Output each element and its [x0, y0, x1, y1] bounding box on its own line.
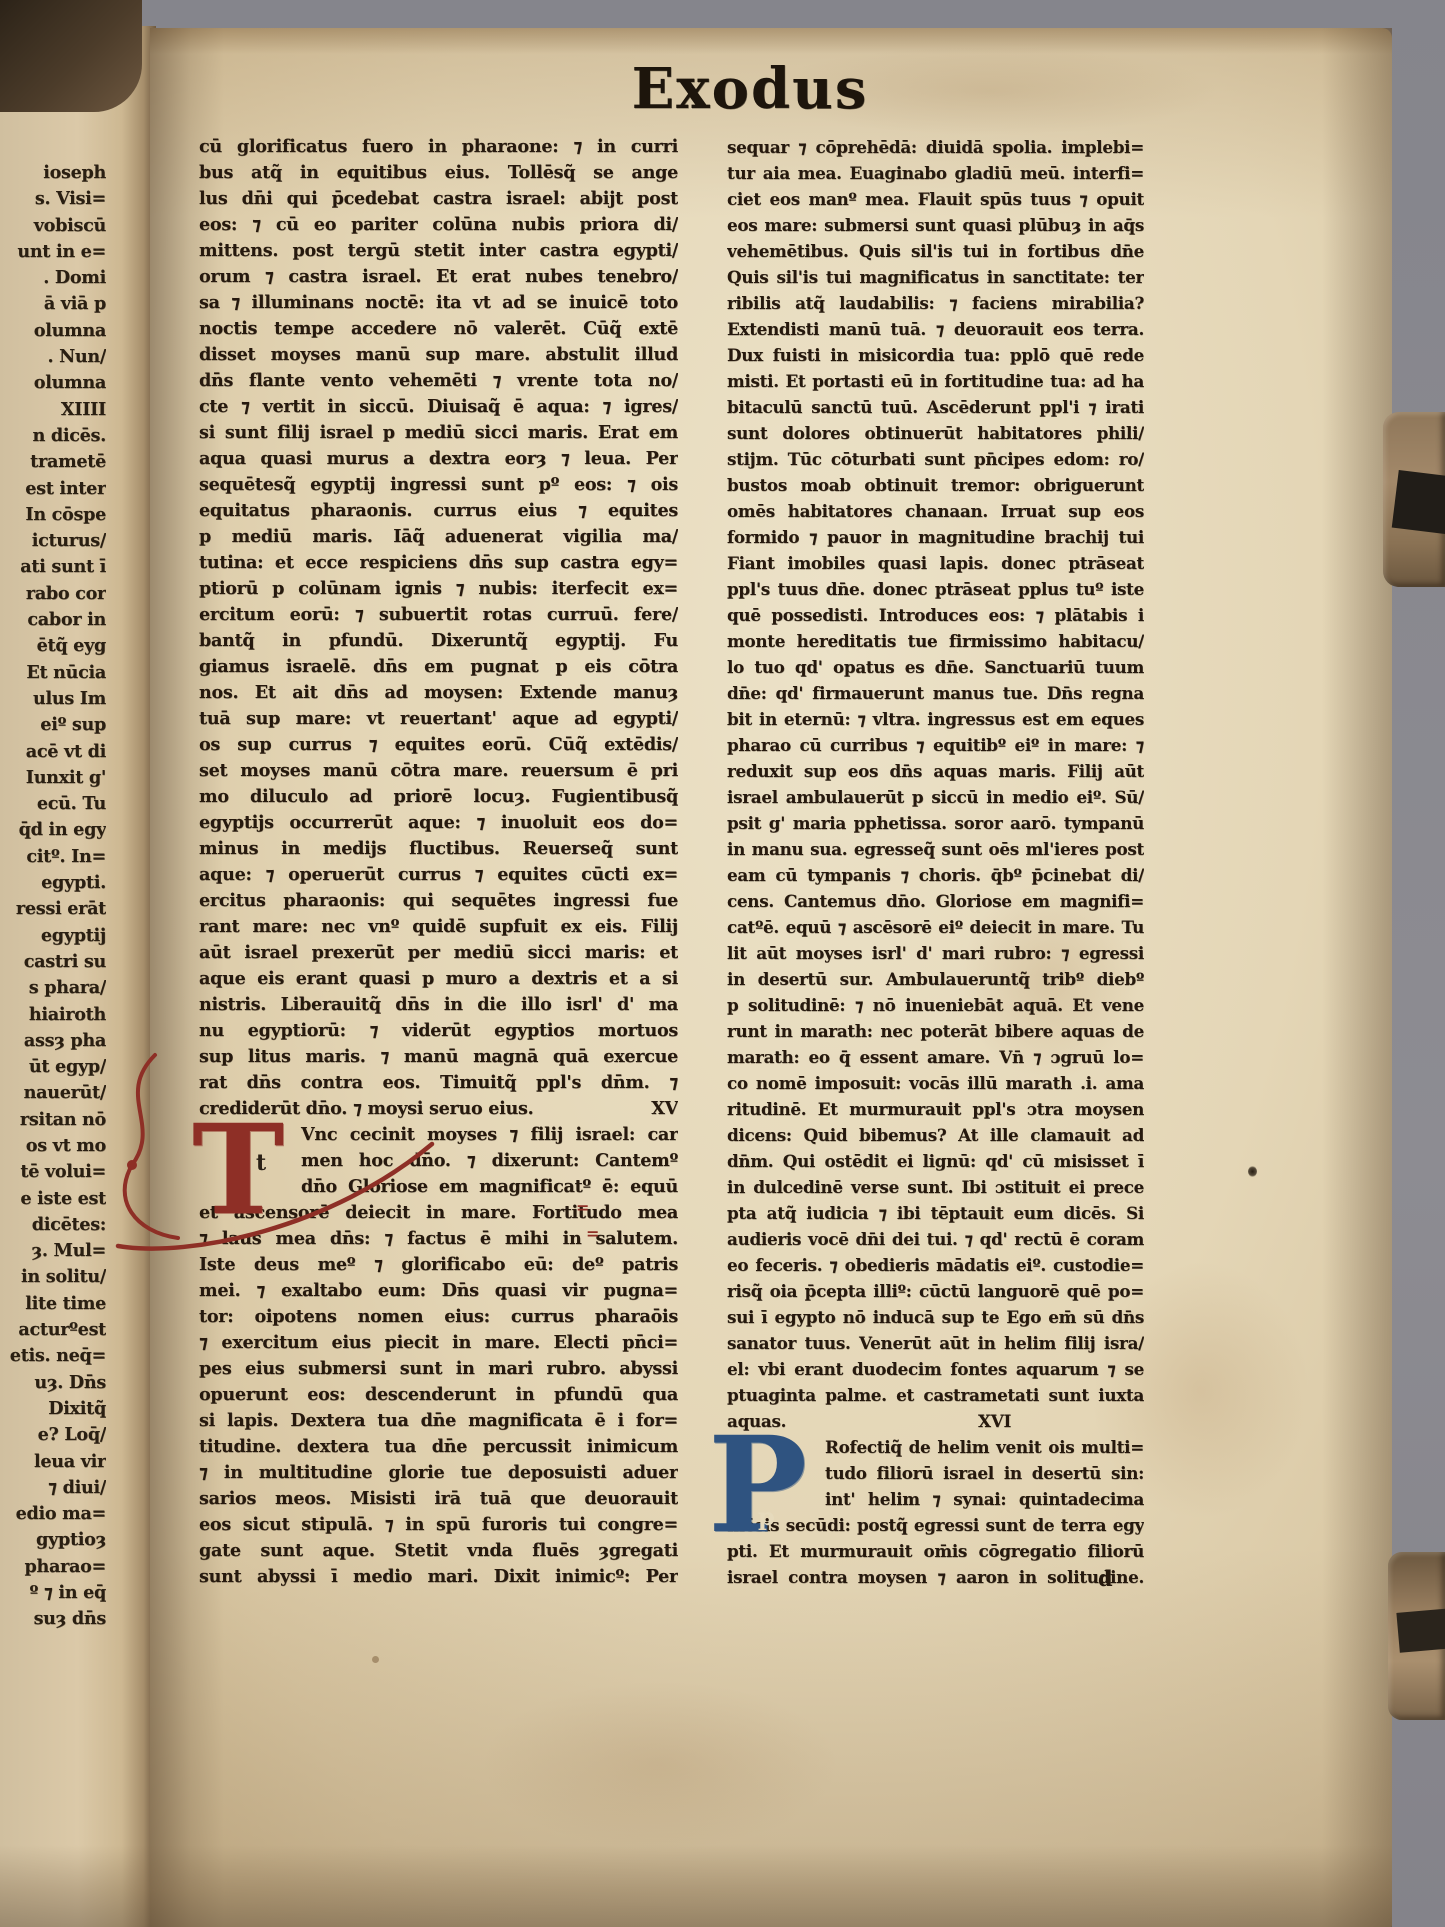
text-line: sanator tuus. Venerūt aūt in helim filij…	[727, 1330, 1144, 1356]
text-line: formido ⁊ pauor in magnitudine brachij t…	[727, 524, 1144, 550]
text-line: nistris. Liberauitq̃ dn̄s in die illo is…	[199, 992, 678, 1018]
text-line: risq̃ oia p̄cepta illiº: cūctū languorē …	[727, 1278, 1144, 1304]
margin-fragment: ⁊ diui/	[0, 1475, 106, 1501]
margin-fragment: os vt mo	[0, 1133, 106, 1159]
text-line: rant mare: nec vnº quidē supfuit ex eis.…	[199, 914, 678, 940]
text-line: in desertū sur. Ambulaueruntq̃ tribº die…	[727, 966, 1144, 992]
margin-fragment: suȝ dn̄s	[0, 1606, 106, 1632]
text-line: Dux fuisti in misicordia tua: pplō quē r…	[727, 342, 1144, 368]
clasp-bottom	[1388, 1552, 1445, 1720]
chapter-numeral: XV	[651, 1096, 678, 1122]
text-line: in manu sua. egresseq̃ sunt oēs ml'ieres…	[727, 836, 1144, 862]
text-line: quē possedisti. Introduces eos: ⁊ plātab…	[727, 602, 1144, 628]
margin-fragment: eiº sup	[0, 712, 106, 738]
clasp-strap	[1392, 470, 1445, 536]
margin-fragment: º ⁊ in eq̄	[0, 1580, 106, 1606]
text-line: nos. Et ait dn̄s ad moysen: Extende manu…	[199, 680, 678, 706]
text-line: pta atq̃ iudicia ⁊ ibi tēptauit eum dicē…	[727, 1200, 1144, 1226]
margin-fragment: hiairoth	[0, 1002, 106, 1028]
book-photo: iosephs. Visi=vobiscūunt in e=. Domiā vi…	[0, 0, 1445, 1927]
margin-fragment: e iste est	[0, 1186, 106, 1212]
margin-fragment: castri su	[0, 949, 106, 975]
text-line: bantq̃ in pfundū. Dixeruntq̃ egyptij. Fu	[199, 628, 678, 654]
text-line: ⁊ exercitum eius piecit in mare. Electi …	[199, 1330, 678, 1356]
text-line: eos sicut stipulā. ⁊ in spū furoris tui …	[199, 1512, 678, 1538]
text-line: Quis sil'is tui magnificatus in sanctita…	[727, 264, 1144, 290]
rubric-line-filler: =	[586, 1224, 599, 1243]
text-line: sa ⁊ illuminans noctē: ita vt ad se inui…	[199, 290, 678, 316]
margin-fragment: In cōspe	[0, 502, 106, 528]
text-line: Extendisti manū tuā. ⁊ deuorauit eos ter…	[727, 316, 1144, 342]
text-line: noctis tempe accedere nō valerēt. Cūq̃ e…	[199, 316, 678, 342]
margin-fragment: . Domi	[0, 265, 106, 291]
text-line: bus atq̃ in equitibus eius. Tollēsq̃ se …	[199, 160, 678, 186]
text-line: bitaculū sanctū tuū. Ascēderunt ppl'i ⁊ …	[727, 394, 1144, 420]
text-line: egyptijs occurrerūt aque: ⁊ inuoluit eos…	[199, 810, 678, 836]
margin-fragment: XIIII	[0, 397, 106, 423]
text-line: mo diluculo ad priorē locuȝ. Fugientibus…	[199, 784, 678, 810]
margin-fragment: cabor in	[0, 607, 106, 633]
margin-fragment: s phara/	[0, 975, 106, 1001]
foxing-speck	[372, 1656, 379, 1663]
text-line: disset moyses manū sup mare. abstulit il…	[199, 342, 678, 368]
text-line: aque: ⁊ operuerūt currus ⁊ equites cūcti…	[199, 862, 678, 888]
text-line: sunt dolores obtinuerūt habitatores phil…	[727, 420, 1144, 446]
text-line: eo feceris. ⁊ obedieris mādatis eiº. cus…	[727, 1252, 1144, 1278]
text-line: cte ⁊ vertit in siccū. Diuisaq̃ ē aqua: …	[199, 394, 678, 420]
text-line: tur aia mea. Euaginabo gladiū meū. inter…	[727, 160, 1144, 186]
initial-T: T	[192, 1112, 284, 1230]
text-line: dn̄s flante vento vehemēti ⁊ vrente tota…	[199, 368, 678, 394]
text-column-left: cū glorificatus fuero in pharaone: ⁊ in …	[199, 134, 678, 1590]
margin-fragment: gyptioȝ	[0, 1527, 106, 1553]
text-line: dn̄e: qd' firmauerunt manus tue. Dn̄s re…	[727, 680, 1144, 706]
margin-fragment: ati sunt ī	[0, 554, 106, 580]
text-line: si sunt filij israel p mediū sicci maris…	[199, 420, 678, 446]
margin-fragment: uȝ. Dn̄s	[0, 1370, 106, 1396]
text-line: cens. Cantemus dn̄o. Gloriose em magnifi…	[727, 888, 1144, 914]
page-right-shade	[1322, 28, 1392, 1927]
text-line: tutina: et ecce respiciens dn̄s sup cast…	[199, 550, 678, 576]
margin-fragment: ulus Im	[0, 686, 106, 712]
margin-fragment: ūt egyp/	[0, 1054, 106, 1080]
text-line: vehemētibus. Quis sil'is tui in fortibus…	[727, 238, 1144, 264]
rubric-line-filler: =	[576, 1198, 589, 1217]
text-line: eam cū tympanis ⁊ choris. q̄bº p̄cinebat…	[727, 862, 1144, 888]
margin-fragment: . Nun/	[0, 344, 106, 370]
text-line: israel contra moysen ⁊ aaron in solitudi…	[727, 1564, 1144, 1590]
text-line: sunt abyssi ī medio mari. Dixit inimicº:…	[199, 1564, 678, 1590]
text-line: pharao cū curribus ⁊ equitibº eiº in mar…	[727, 732, 1144, 758]
text-line: Fiant imobiles quasi lapis. donec ptrāse…	[727, 550, 1144, 576]
text-line: minus in medijs fluctibus. Reuerseq̃ sun…	[199, 836, 678, 862]
margin-fragment: olumna	[0, 318, 106, 344]
text-line: ciet eos manº mea. Flauit spūs tuus ⁊ op…	[727, 186, 1144, 212]
running-title: Exodus	[560, 56, 940, 122]
margin-fragment: unt in e=	[0, 239, 106, 265]
margin-fragment: lite time	[0, 1291, 106, 1317]
text-line: psit g' maria pphetissa. soror aarō. tym…	[727, 810, 1144, 836]
margin-fragment: ā viā p	[0, 291, 106, 317]
margin-fragment: n dicēs.	[0, 423, 106, 449]
margin-fragment: est inter	[0, 476, 106, 502]
text-line: p mediū maris. Iāq̃ aduenerat vigilia ma…	[199, 524, 678, 550]
text-line: sarios meos. Misisti irā tuā que deuorau…	[199, 1486, 678, 1512]
signature-mark: d	[1098, 1566, 1113, 1591]
text-line: lus dn̄i qui p̄cedebat castra israel: ab…	[199, 186, 678, 212]
text-line: catºē. equū ⁊ ascēsorē eiº deiecit in ma…	[727, 914, 1144, 940]
text-line: eos: ⁊ cū eo pariter colūna nubis priora…	[199, 212, 678, 238]
text-line: dicens: Quid bibemus? At ille clamauit a…	[727, 1122, 1144, 1148]
text-line: in dulcedinē verse sunt. Ibi ɔstituit ei…	[727, 1174, 1144, 1200]
ink-speck	[1248, 1166, 1257, 1177]
text-line: monte hereditatis tue firmissimo habitac…	[727, 628, 1144, 654]
clasp-strap	[1396, 1607, 1445, 1653]
margin-fragment: dicētes:	[0, 1212, 106, 1238]
margin-fragment: etis. neq̄=	[0, 1343, 106, 1369]
text-line: pes eius submersi sunt in mari rubro. ab…	[199, 1356, 678, 1382]
facing-page-text-fragments: iosephs. Visi=vobiscūunt in e=. Domiā vi…	[0, 160, 106, 1633]
margin-fragment: in solitu/	[0, 1264, 106, 1290]
text-line: si lapis. Dextera tua dn̄e magnificata ē…	[199, 1408, 678, 1434]
margin-fragment: edio ma=	[0, 1501, 106, 1527]
margin-fragment: egypti.	[0, 870, 106, 896]
text-line: orum ⁊ castra israel. Et erat nubes tene…	[199, 264, 678, 290]
page-bottom-edge	[0, 1845, 1392, 1927]
text-line: bit in eternū: ⁊ vltra. ingressus est em…	[727, 706, 1144, 732]
text-line: opuerunt eos: descenderunt in pfundū qua	[199, 1382, 678, 1408]
text-line: tuā sup mare: vt reuertant' aque ad egyp…	[199, 706, 678, 732]
text-line: reduxit sup eos dn̄s aquas maris. Filij …	[727, 758, 1144, 784]
margin-fragment: egyptij	[0, 923, 106, 949]
margin-fragment: Et nūcia	[0, 660, 106, 686]
text-line: gate sunt aque. Stetit vnda fluēs ȝgrega…	[199, 1538, 678, 1564]
text-line: equitatus pharaonis. currus eius ⁊ equit…	[199, 498, 678, 524]
margin-fragment: ecū. Tu	[0, 791, 106, 817]
text-line: giamus israelē. dn̄s em pugnat p eis cōt…	[199, 654, 678, 680]
text-line: audieris vocē dn̄i dei tui. ⁊ qd' rectū …	[727, 1226, 1144, 1252]
margin-fragment: s. Visi=	[0, 186, 106, 212]
margin-fragment: olumna	[0, 370, 106, 396]
margin-fragment: tē volui=	[0, 1159, 106, 1185]
margin-fragment: ȝ. Mul=	[0, 1238, 106, 1264]
margin-fragment: q̄d in egy	[0, 817, 106, 843]
margin-fragment: rsitan nō	[0, 1107, 106, 1133]
text-line: ercitum eorū: ⁊ subuertit rotas curruū. …	[199, 602, 678, 628]
text-column-right: sequar ⁊ cōprehēdā: diuidā spolia. imple…	[727, 134, 1144, 1590]
text-line: aūt israel prexerūt per mediū sicci mari…	[199, 940, 678, 966]
text-line: eos mare: submersi sunt quasi plūbuȝ in …	[727, 212, 1144, 238]
text-line: sequar ⁊ cōprehēdā: diuidā spolia. imple…	[727, 134, 1144, 160]
margin-fragment: ressi erāt	[0, 896, 106, 922]
text-line: ritudinē. Et murmurauit ppl's ɔtra moyse…	[727, 1096, 1144, 1122]
margin-fragment: assȝ pha	[0, 1028, 106, 1054]
text-line: marath: eo q̄ essent amare. Vn̄ ⁊ ɔgruū …	[727, 1044, 1144, 1070]
margin-fragment: acē vt di	[0, 739, 106, 765]
text-line: dn̄m. Qui ostēdit ei lignū: qd' cū misis…	[727, 1148, 1144, 1174]
text-line: os sup currus ⁊ equites eorū. Cūq̃ extēd…	[199, 732, 678, 758]
text-line: sui ī egypto nō inducā sup te Ego em̄ sū…	[727, 1304, 1144, 1330]
margin-fragment: leua vir	[0, 1449, 106, 1475]
chapter-numeral: XVI	[978, 1408, 1011, 1434]
text-line: ppl's tuus dn̄e. donec ptrāseat pplus tu…	[727, 576, 1144, 602]
text-line: sequētesq̃ egyptij ingressi sunt pº eos:…	[199, 472, 678, 498]
margin-fragment: Dixitq̃	[0, 1396, 106, 1422]
margin-fragment: citº. In=	[0, 844, 106, 870]
text-line: lit aūt moyses isrl' d' mari rubro: ⁊ eg…	[727, 940, 1144, 966]
text-line: ptiorū p colūnam ignis ⁊ nubis: iterfeci…	[199, 576, 678, 602]
margin-fragment: nauerūt/	[0, 1080, 106, 1106]
text-line: aqua quasi murus a dextra eorȝ ⁊ leua. P…	[199, 446, 678, 472]
guide-letter-p: p	[758, 1502, 775, 1531]
text-line: ⁊ in multitudine glorie tue deposuisti a…	[199, 1460, 678, 1486]
text-line: misti. Et portasti eū in fortitudine tua…	[727, 368, 1144, 394]
margin-fragment: rabo cor	[0, 581, 106, 607]
binding-corner	[0, 0, 142, 112]
text-line: aque eis erant quasi p muro a dextris et…	[199, 966, 678, 992]
text-line: bustos moab obtinuit tremor: obriguerunt	[727, 472, 1144, 498]
text-line: p solitudinē: ⁊ nō inueniebāt aquā. Et v…	[727, 992, 1144, 1018]
margin-fragment: trametē	[0, 449, 106, 475]
margin-fragment: acturºest	[0, 1317, 106, 1343]
text-line: co nomē imposuit: vocās illū marath .i. …	[727, 1070, 1144, 1096]
text-line: omēs habitatores chanaan. Irruat sup eos	[727, 498, 1144, 524]
text-line: ribilis atq̃ laudabilis: ⁊ faciens mirab…	[727, 290, 1144, 316]
margin-fragment: Iunxit g'	[0, 765, 106, 791]
text-line: runt in marath: nec poterāt bibere aquas…	[727, 1018, 1144, 1044]
margin-fragment: ioseph	[0, 160, 106, 186]
clasp-top	[1383, 412, 1445, 587]
margin-fragment: vobiscū	[0, 213, 106, 239]
text-line: ercitus pharaonis: qui sequētes ingressi…	[199, 888, 678, 914]
text-line: israel ambulauerūt p siccū in medio eiº.…	[727, 784, 1144, 810]
text-line: mittens. post tergū stetit inter castra …	[199, 238, 678, 264]
guide-letter-t: t	[256, 1150, 266, 1176]
text-line: cū glorificatus fuero in pharaone: ⁊ in …	[199, 134, 678, 160]
text-line: stijm. Tūc cōturbati sunt pn̄cipes edom:…	[727, 446, 1144, 472]
text-line: el: vbi erant duodecim fontes aquarum ⁊ …	[727, 1356, 1144, 1382]
text-line: mei. ⁊ exaltabo eum: Dn̄s quasi vir pugn…	[199, 1278, 678, 1304]
facing-page-edge: iosephs. Visi=vobiscūunt in e=. Domiā vi…	[0, 26, 156, 1927]
margin-fragment: ētq̃ eyg	[0, 633, 106, 659]
text-line: lo tuo qd' opatus es dn̄e. Sanctuariū tu…	[727, 654, 1144, 680]
margin-fragment: pharao=	[0, 1554, 106, 1580]
text-line: set moyses manū cōtra mare. reuersum ē p…	[199, 758, 678, 784]
text-line: tor: oipotens nomen eius: currus pharaōi…	[199, 1304, 678, 1330]
margin-fragment: icturus/	[0, 528, 106, 554]
margin-fragment: e? Loq̄/	[0, 1422, 106, 1448]
text-line: ptuaginta palme. et castrametati sunt iu…	[727, 1382, 1144, 1408]
text-line: titudine. dextera tua dn̄e percussit ini…	[199, 1434, 678, 1460]
page-top-edge	[150, 28, 1392, 54]
